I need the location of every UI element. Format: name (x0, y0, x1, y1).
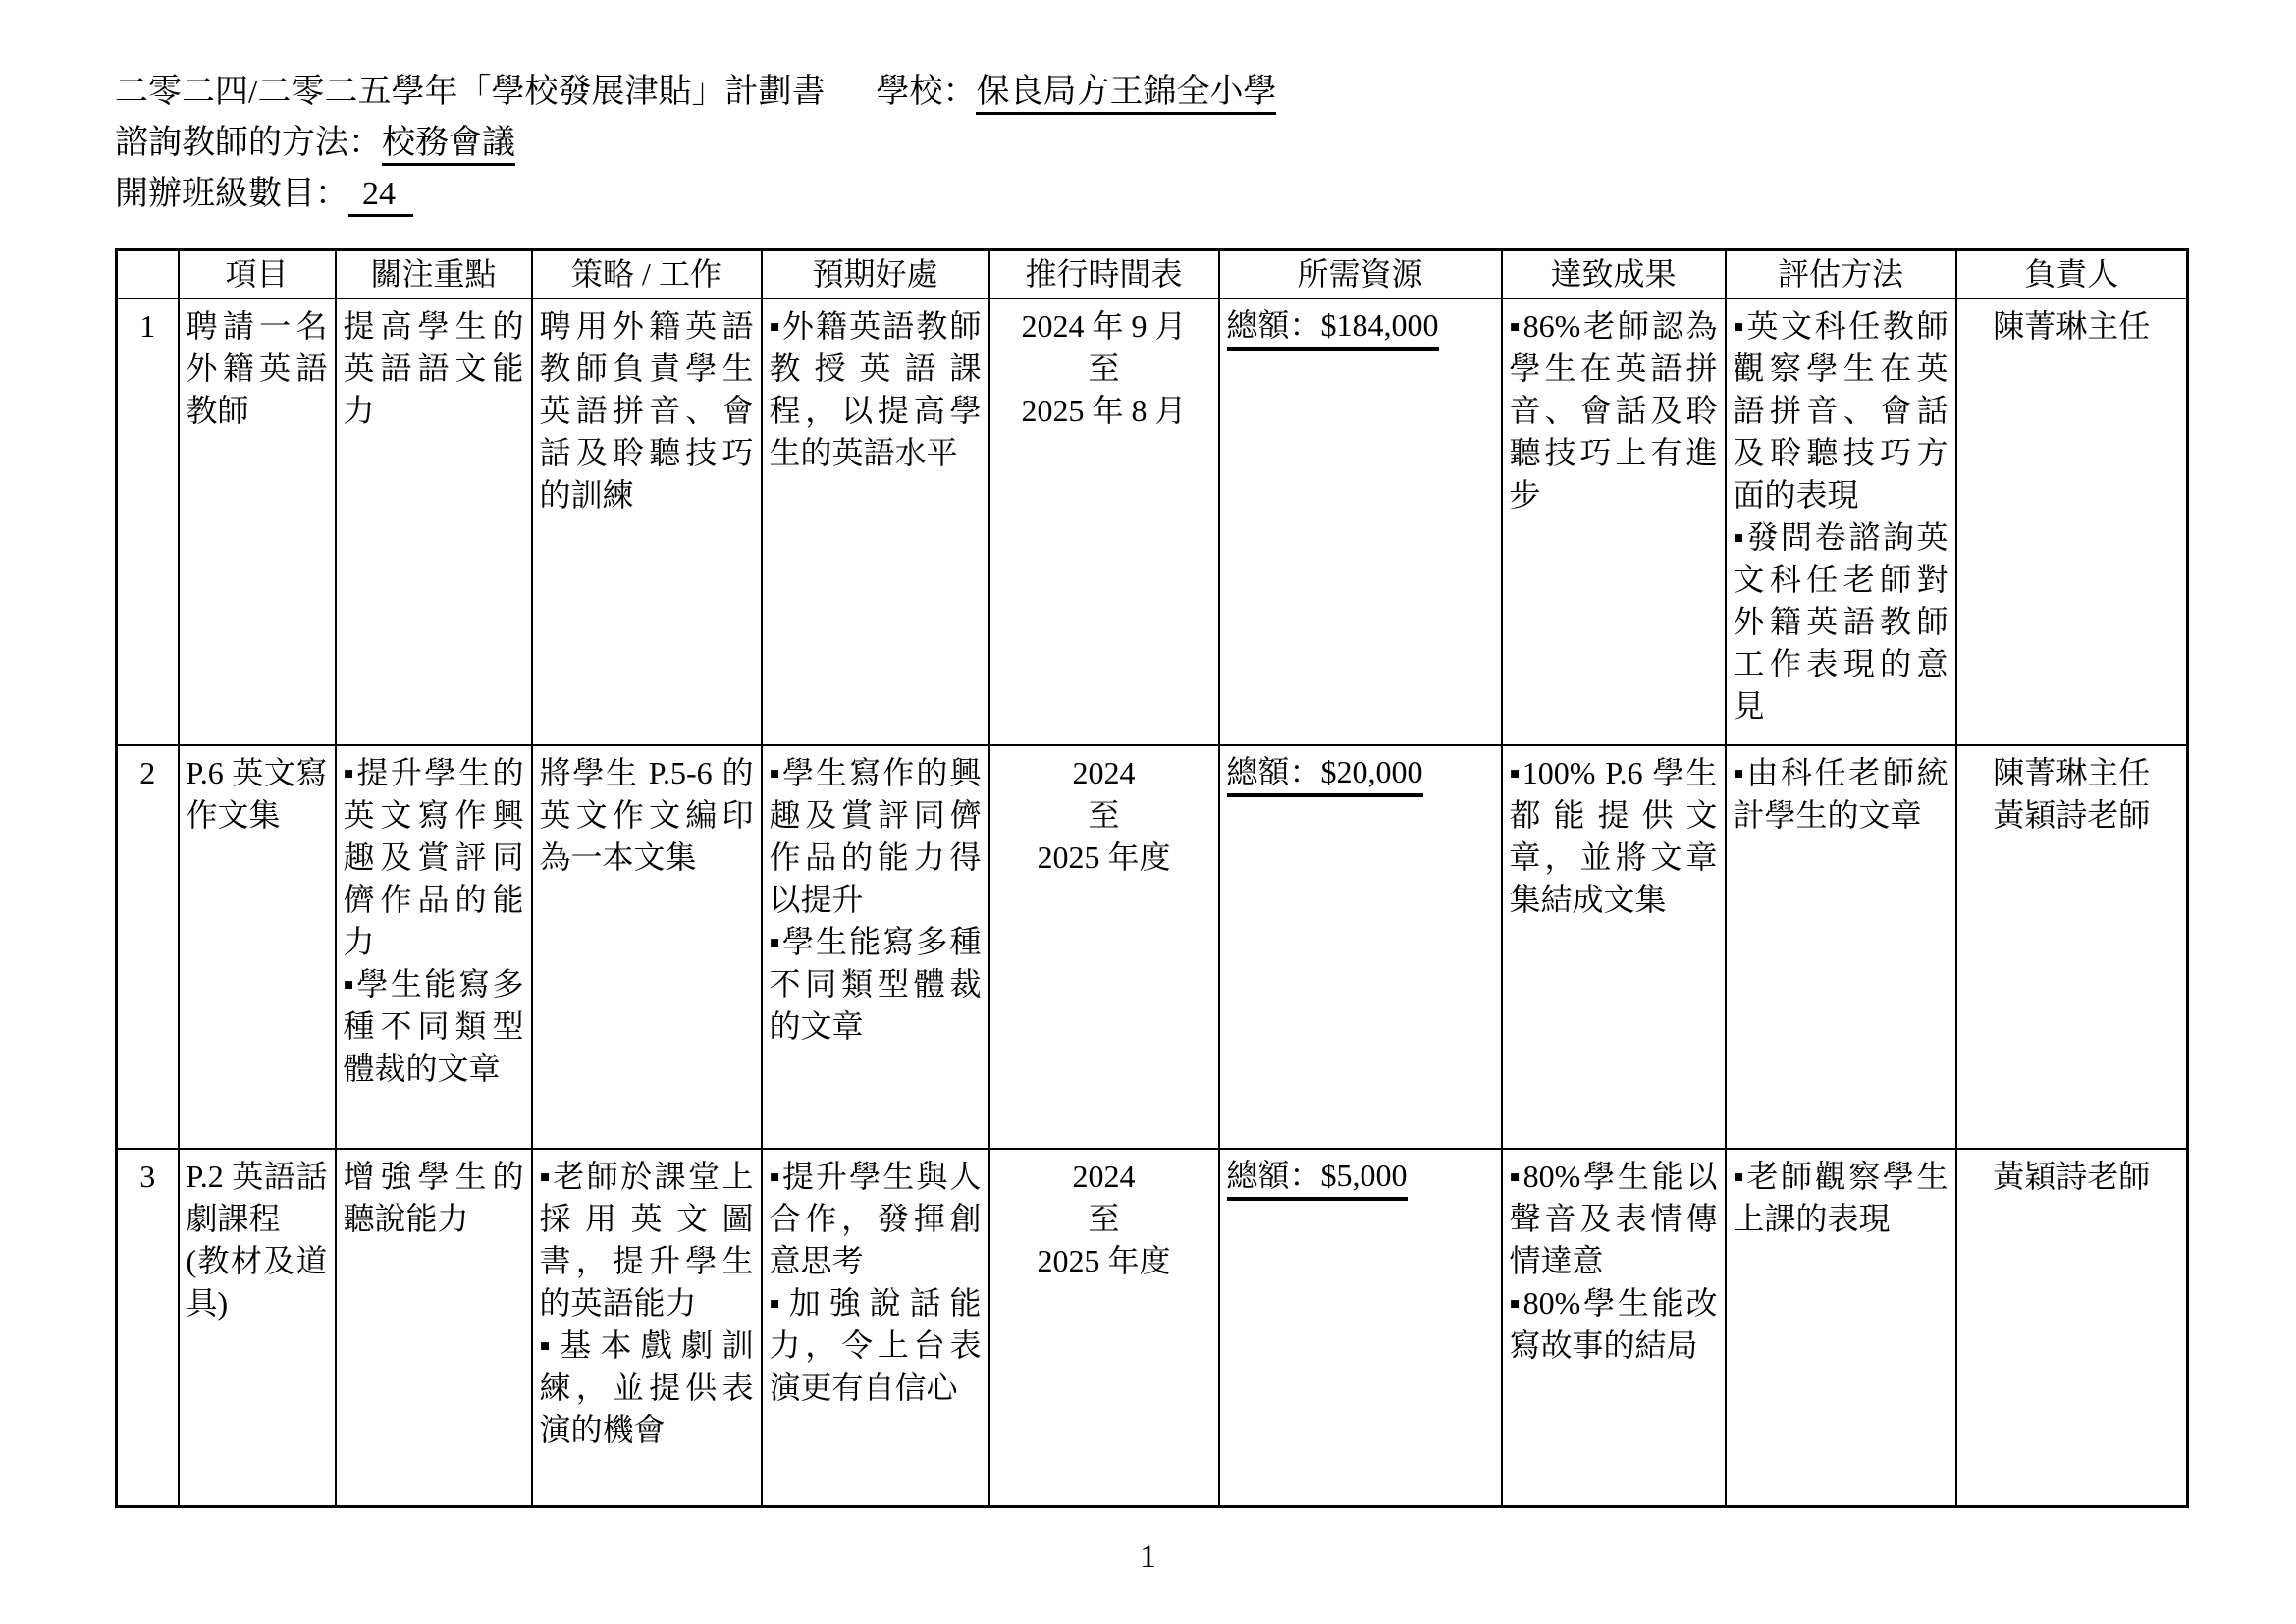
timeline-cell: 2024至2025 年度 (989, 745, 1219, 1149)
row-number: 1 (125, 305, 171, 348)
timeline-cell-paragraph: 2025 年度 (997, 837, 1211, 879)
evaluation-cell: ▪由科任老師統計學生的文章 (1726, 745, 1956, 1149)
table-row: 3P.2 英語話劇課程(教材及道具)增強學生的聽說能力▪老師於課堂上採用英文圖書… (117, 1149, 2188, 1507)
benefits-cell-paragraph: ▪提升學生與人合作，發揮創意思考 (770, 1156, 982, 1282)
resources-amount: 總額：$184,000 (1227, 305, 1439, 351)
timeline-cell: 2024 年 9 月至2025 年 8 月 (989, 298, 1219, 745)
focus-cell-paragraph: ▪學生能寫多種不同類型體裁的文章 (344, 963, 524, 1090)
header-line-classes: 開辦班級數目：24 (115, 169, 1276, 220)
header-row: 項目 關注重點 策略 / 工作 預期好處 推行時間表 所需資源 達致成果 評估方… (117, 250, 2188, 298)
page-number: 1 (0, 1540, 2296, 1576)
col-header-focus: 關注重點 (336, 250, 532, 298)
document-header: 二零二四/二零二五學年「學校發展津貼」計劃書學校：保良局方王錦全小學 諮詢教師的… (115, 67, 1276, 220)
table-row: 2P.6 英文寫作文集▪提升學生的英文寫作興趣及賞評同儕作品的能力▪學生能寫多種… (117, 745, 2188, 1149)
person-cell: 陳菁琳主任 (1956, 298, 2188, 745)
outcomes-cell: ▪100% P.6 學生都能提供文章，並將文章集結成文集 (1502, 745, 1726, 1149)
outcomes-cell: ▪86%老師認為學生在英語拼音、會話及聆聽技巧上有進步 (1502, 298, 1726, 745)
item-cell-paragraph: 聘請一名外籍英語教師 (187, 305, 328, 432)
evaluation-cell-paragraph: ▪發問卷諮詢英文科任老師對外籍英語教師工作表現的意見 (1734, 516, 1949, 728)
header-line-title: 二零二四/二零二五學年「學校發展津貼」計劃書學校：保良局方王錦全小學 (115, 67, 1276, 118)
strategy-cell-paragraph: ▪老師於課堂上採用英文圖書，提升學生的英語能力 (540, 1156, 754, 1325)
benefits-cell-paragraph: ▪學生能寫多種不同類型體裁的文章 (770, 921, 982, 1048)
col-header-item: 項目 (179, 250, 336, 298)
school-label: 學校： (876, 74, 976, 110)
plan-table: 項目 關注重點 策略 / 工作 預期好處 推行時間表 所需資源 達致成果 評估方… (115, 248, 2189, 1508)
item-cell-paragraph: P.2 英語話劇課程 (187, 1156, 328, 1240)
person-cell-paragraph: 黃穎詩老師 (1964, 794, 2180, 837)
benefits-cell-paragraph: ▪學生寫作的興趣及賞評同儕作品的能力得以提升 (770, 752, 982, 921)
col-header-number (117, 250, 179, 298)
benefits-cell: ▪外籍英語教師教授英語課程，以提高學生的英語水平 (762, 298, 989, 745)
outcomes-cell-paragraph: ▪86%老師認為學生在英語拼音、會話及聆聽技巧上有進步 (1510, 305, 1718, 516)
evaluation-cell: ▪老師觀察學生上課的表現 (1726, 1149, 1956, 1507)
consult-method-label: 諮詢教師的方法： (115, 125, 382, 161)
person-cell-paragraph: 黃穎詩老師 (1964, 1156, 2180, 1198)
person-cell: 黃穎詩老師 (1956, 1149, 2188, 1507)
focus-cell: ▪提升學生的英文寫作興趣及賞評同儕作品的能力▪學生能寫多種不同類型體裁的文章 (336, 745, 532, 1149)
timeline-cell-paragraph: 2024 年 9 月 (997, 305, 1211, 348)
item-cell-paragraph: P.6 英文寫作文集 (187, 752, 328, 837)
benefits-cell-paragraph: ▪加強說話能力，令上台表演更有自信心 (770, 1282, 982, 1409)
col-header-resources: 所需資源 (1219, 250, 1502, 298)
resources-cell: 總額：$5,000 (1219, 1149, 1502, 1507)
benefits-cell-paragraph: ▪外籍英語教師教授英語課程，以提高學生的英語水平 (770, 305, 982, 474)
strategy-cell: 將學生 P.5-6 的英文作文編印為一本文集 (532, 745, 762, 1149)
resources-amount: 總額：$20,000 (1227, 752, 1423, 797)
person-cell-paragraph: 陳菁琳主任 (1964, 305, 2180, 348)
benefits-cell: ▪提升學生與人合作，發揮創意思考▪加強說話能力，令上台表演更有自信心 (762, 1149, 989, 1507)
item-cell-paragraph: (教材及道具) (187, 1240, 328, 1325)
outcomes-cell: ▪80%學生能以聲音及表情傳情達意▪80%學生能改寫故事的結局 (1502, 1149, 1726, 1507)
evaluation-cell-paragraph: ▪老師觀察學生上課的表現 (1734, 1156, 1949, 1240)
focus-cell: 增強學生的聽說能力 (336, 1149, 532, 1507)
evaluation-cell-paragraph: ▪英文科任教師觀察學生在英語拼音、會話及聆聽技巧方面的表現 (1734, 305, 1949, 516)
focus-cell-paragraph: 增強學生的聽說能力 (344, 1156, 524, 1240)
class-count-label: 開辦班級數目： (115, 176, 348, 212)
strategy-cell-paragraph: 將學生 P.5-6 的英文作文編印為一本文集 (540, 752, 754, 879)
consult-method-value: 校務會議 (382, 125, 515, 166)
resources-cell: 總額：$20,000 (1219, 745, 1502, 1149)
timeline-cell-paragraph: 2024 (997, 1156, 1211, 1198)
timeline-cell: 2024至2025 年度 (989, 1149, 1219, 1507)
focus-cell: 提高學生的英語語文能力 (336, 298, 532, 745)
timeline-cell-paragraph: 至 (997, 348, 1211, 390)
benefits-cell: ▪學生寫作的興趣及賞評同儕作品的能力得以提升▪學生能寫多種不同類型體裁的文章 (762, 745, 989, 1149)
outcomes-cell-paragraph: ▪80%學生能改寫故事的結局 (1510, 1282, 1718, 1367)
evaluation-cell-paragraph: ▪由科任老師統計學生的文章 (1734, 752, 1949, 837)
plan-table-header: 項目 關注重點 策略 / 工作 預期好處 推行時間表 所需資源 達致成果 評估方… (117, 250, 2188, 298)
strategy-cell-paragraph: ▪基本戲劇訓練，並提供表演的機會 (540, 1325, 754, 1451)
col-header-person: 負責人 (1956, 250, 2188, 298)
table-row: 1聘請一名外籍英語教師提高學生的英語語文能力聘用外籍英語教師負責學生英語拼音、會… (117, 298, 2188, 745)
person-cell: 陳菁琳主任黃穎詩老師 (1956, 745, 2188, 1149)
header-line-consult: 諮詢教師的方法：校務會議 (115, 118, 1276, 169)
timeline-cell-paragraph: 至 (997, 1198, 1211, 1240)
resources-cell: 總額：$184,000 (1219, 298, 1502, 745)
timeline-cell-paragraph: 至 (997, 794, 1211, 837)
timeline-cell-paragraph: 2024 (997, 752, 1211, 794)
resources-amount: 總額：$5,000 (1227, 1156, 1408, 1201)
strategy-cell-paragraph: 聘用外籍英語教師負責學生英語拼音、會話及聆聽技巧的訓練 (540, 305, 754, 516)
row-number-cell: 3 (117, 1149, 179, 1507)
document-page: 二零二四/二零二五學年「學校發展津貼」計劃書學校：保良局方王錦全小學 諮詢教師的… (0, 0, 2296, 1624)
outcomes-cell-paragraph: ▪80%學生能以聲音及表情傳情達意 (1510, 1156, 1718, 1282)
person-cell-paragraph: 陳菁琳主任 (1964, 752, 2180, 794)
focus-cell-paragraph: ▪提升學生的英文寫作興趣及賞評同儕作品的能力 (344, 752, 524, 963)
focus-cell-paragraph: 提高學生的英語語文能力 (344, 305, 524, 432)
col-header-timeline: 推行時間表 (989, 250, 1219, 298)
class-count-value: 24 (348, 176, 413, 217)
row-number-cell: 2 (117, 745, 179, 1149)
timeline-cell-paragraph: 2025 年度 (997, 1240, 1211, 1282)
outcomes-cell-paragraph: ▪100% P.6 學生都能提供文章，並將文章集結成文集 (1510, 752, 1718, 921)
col-header-outcomes: 達致成果 (1502, 250, 1726, 298)
col-header-benefits: 預期好處 (762, 250, 989, 298)
col-header-strategy: 策略 / 工作 (532, 250, 762, 298)
evaluation-cell: ▪英文科任教師觀察學生在英語拼音、會話及聆聽技巧方面的表現▪發問卷諮詢英文科任老… (1726, 298, 1956, 745)
strategy-cell: 聘用外籍英語教師負責學生英語拼音、會話及聆聽技巧的訓練 (532, 298, 762, 745)
strategy-cell: ▪老師於課堂上採用英文圖書，提升學生的英語能力▪基本戲劇訓練，並提供表演的機會 (532, 1149, 762, 1507)
timeline-cell-paragraph: 2025 年 8 月 (997, 390, 1211, 432)
plan-table-body: 1聘請一名外籍英語教師提高學生的英語語文能力聘用外籍英語教師負責學生英語拼音、會… (117, 298, 2188, 1507)
row-number: 2 (125, 752, 171, 794)
item-cell: P.2 英語話劇課程(教材及道具) (179, 1149, 336, 1507)
school-name: 保良局方王錦全小學 (976, 74, 1276, 115)
item-cell: P.6 英文寫作文集 (179, 745, 336, 1149)
plan-title: 二零二四/二零二五學年「學校發展津貼」計劃書 (115, 74, 825, 110)
item-cell: 聘請一名外籍英語教師 (179, 298, 336, 745)
row-number-cell: 1 (117, 298, 179, 745)
row-number: 3 (125, 1156, 171, 1198)
col-header-evaluation: 評估方法 (1726, 250, 1956, 298)
